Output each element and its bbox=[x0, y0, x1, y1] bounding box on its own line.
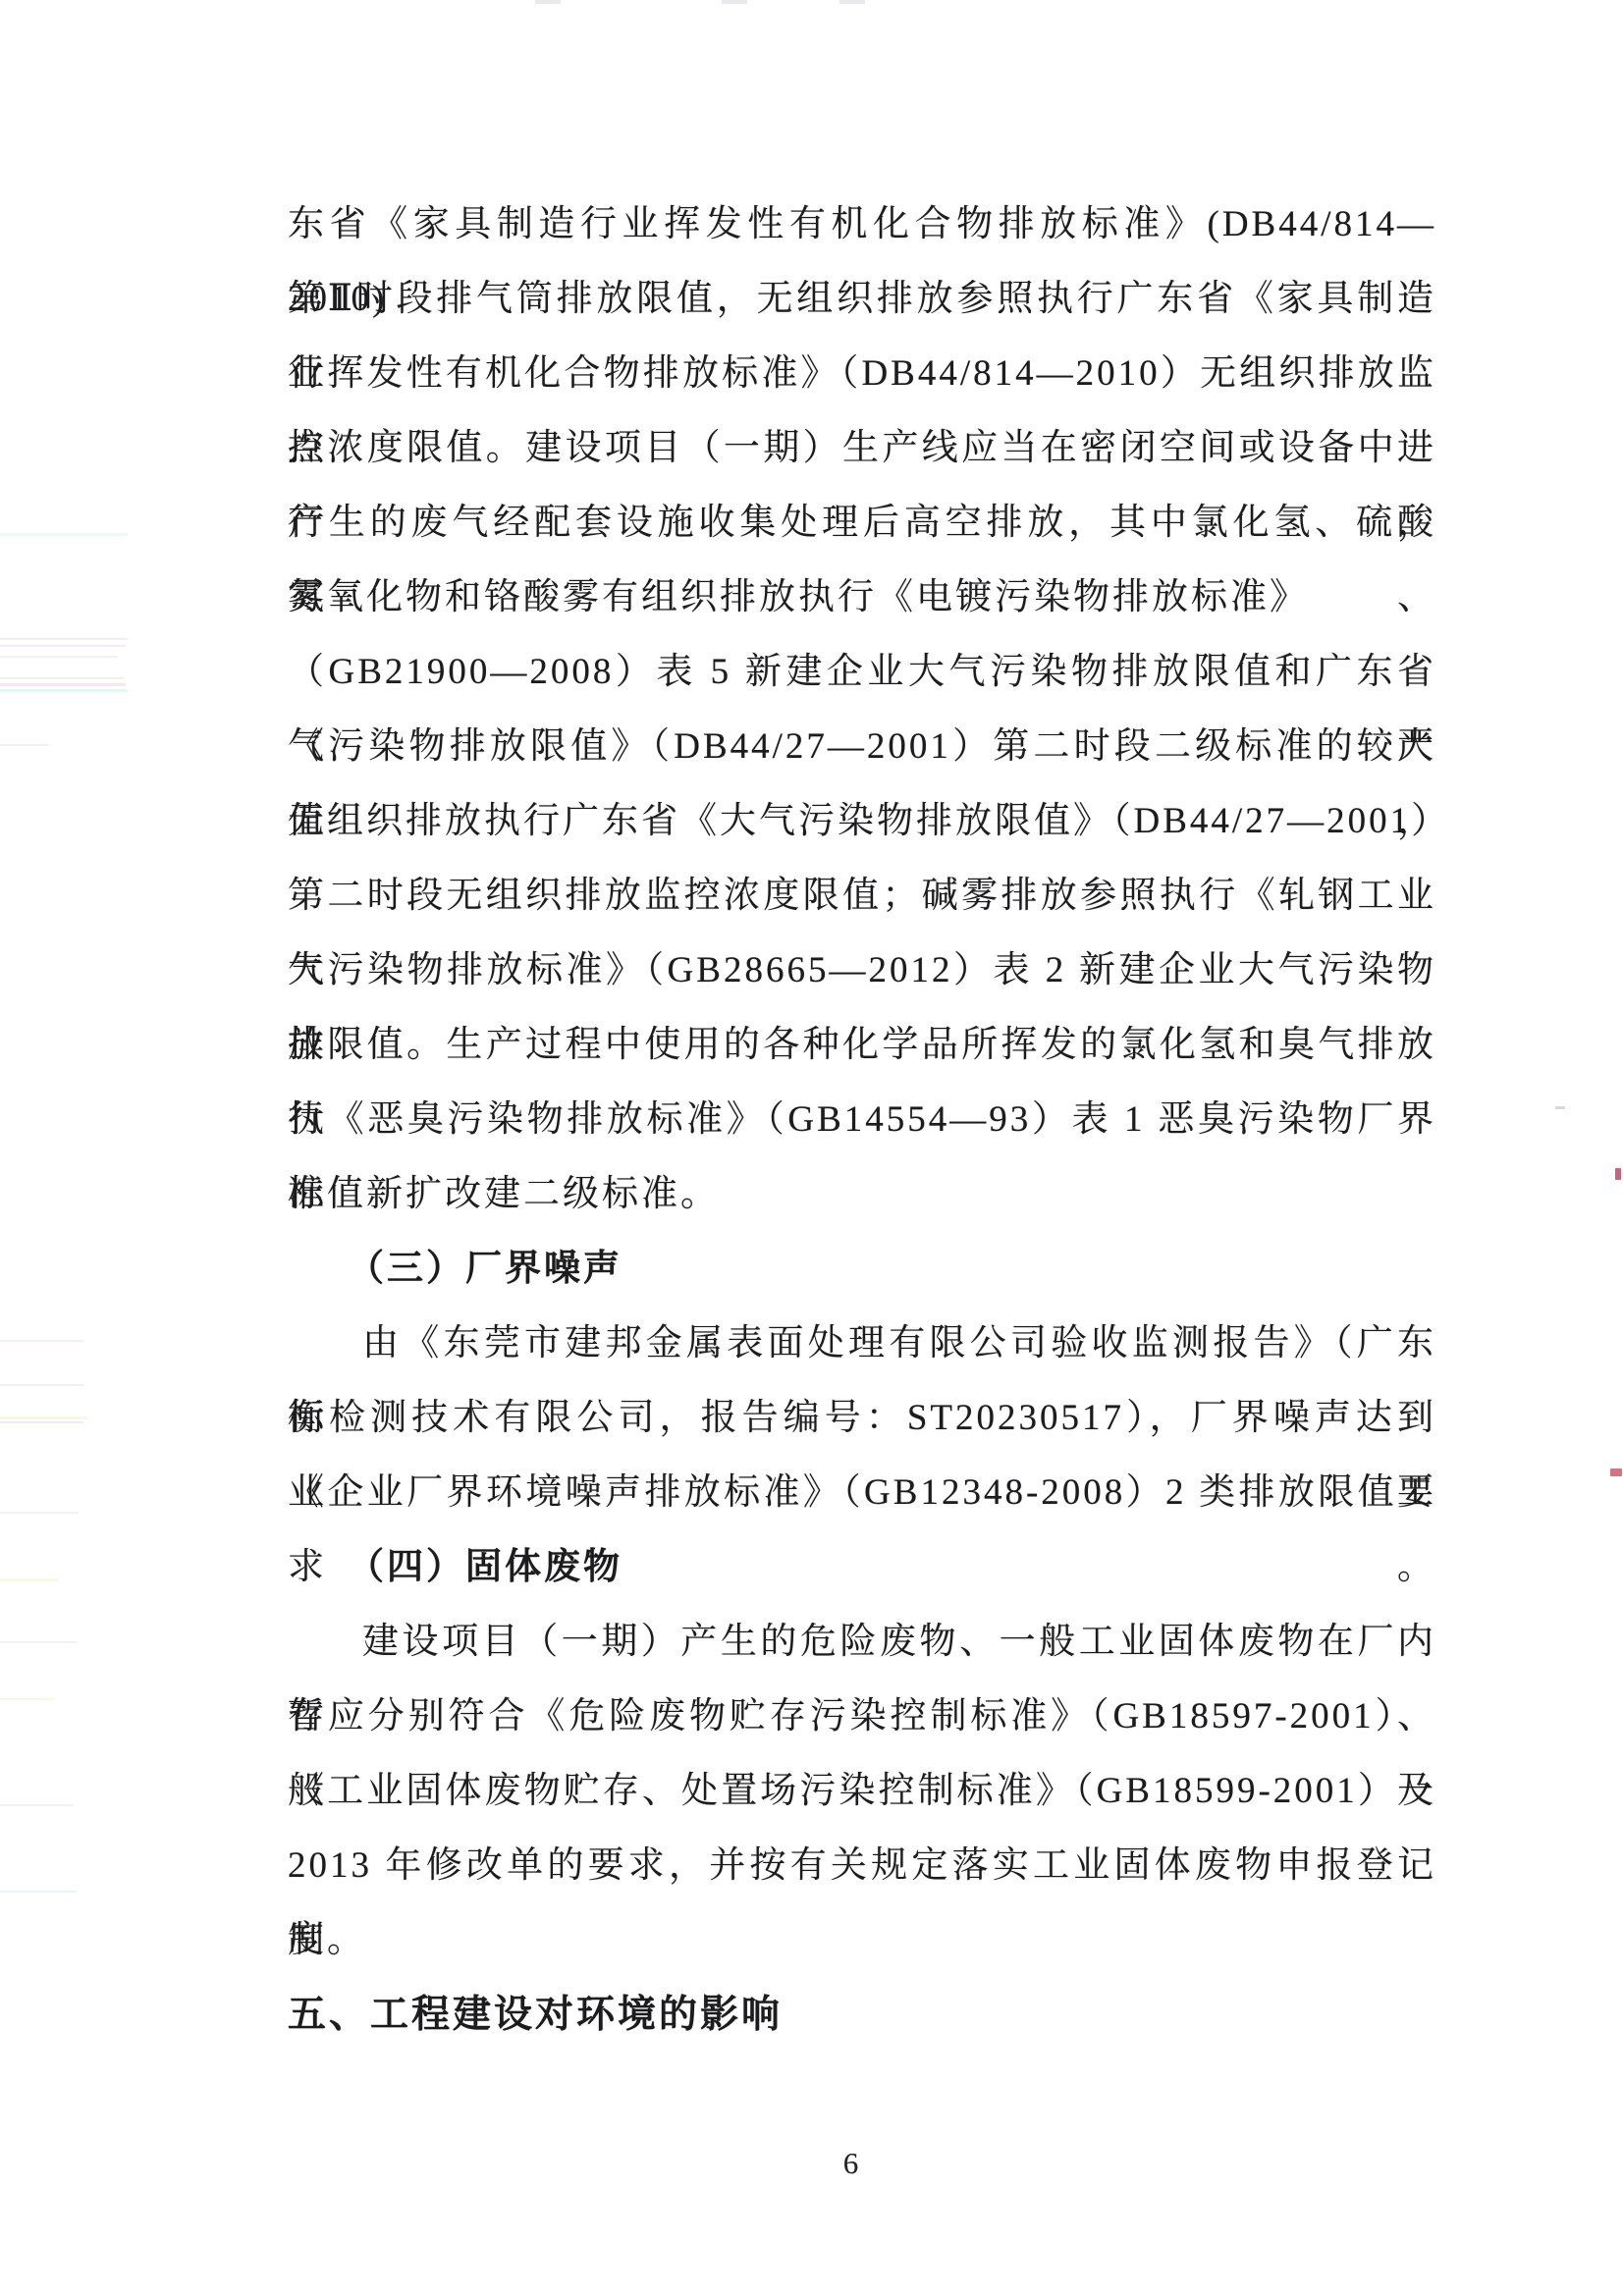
text-line: 业企业厂界环境噪声排放标准》（GB12348-2008）2 类排放限值要求。 bbox=[288, 1456, 1436, 1530]
scan-streak bbox=[0, 1641, 77, 1643]
text-line: 标检测技术有限公司，报告编号：ST20230517），厂界噪声达到《工 bbox=[288, 1381, 1436, 1456]
scan-streak bbox=[0, 689, 128, 692]
text-line: 点浓度限值。建设项目（一期）生产线应当在密闭空间或设备中进行， bbox=[288, 411, 1436, 486]
scan-red-mark bbox=[1615, 1168, 1621, 1180]
scan-streak bbox=[0, 645, 126, 647]
text-line: 存应分别符合《危险废物贮存污染控制标准》（GB18597-2001）、《一 bbox=[288, 1680, 1436, 1754]
text-line: 般工业固体废物贮存、处置场污染控制标准》（GB18599-2001）及 bbox=[288, 1754, 1436, 1829]
scan-red-mark bbox=[1610, 1468, 1622, 1476]
text-line: 度。 bbox=[288, 1903, 1436, 1978]
text-line: 业挥发性有机化合物排放标准》（DB44/814—2010）无组织排放监控 bbox=[288, 337, 1436, 411]
text-line: 建设项目（一期）产生的危险废物、一般工业固体废物在厂内暂 bbox=[288, 1605, 1436, 1680]
text-line: 气污染物排放标准》（GB28665—2012）表 2 新建企业大气污染物排 bbox=[288, 934, 1436, 1008]
scan-streak bbox=[0, 683, 126, 686]
text-line: 放限值。生产过程中使用的各种化学品所挥发的氯化氢和臭气排放执 bbox=[288, 1008, 1436, 1083]
text-line: 2013 年修改单的要求，并按有关规定落实工业固体废物申报登记制 bbox=[288, 1829, 1436, 1903]
document-body: 东省《家具制造行业挥发性有机化合物排放标准》(DB44/814—2010) 第Ⅱ… bbox=[288, 187, 1436, 2053]
scan-smudge bbox=[535, 0, 561, 4]
scan-streak bbox=[0, 677, 124, 679]
text-line: 气污染物排放限值》（DB44/27—2001）第二时段二级标准的较严值， bbox=[288, 710, 1436, 784]
scan-streak bbox=[0, 1421, 83, 1423]
scan-streak bbox=[0, 1416, 88, 1419]
scan-streak bbox=[0, 1578, 59, 1581]
text-line: （GB21900—2008）表 5 新建企业大气污染物排放限值和广东省《大 bbox=[288, 635, 1436, 710]
scan-streak bbox=[0, 1340, 83, 1342]
text-line: 产生的废气经配套设施收集处理后高空排放，其中氯化氢、硫酸雾、 bbox=[288, 486, 1436, 561]
section-heading-factory-boundary-noise: （三）厂界噪声 bbox=[288, 1232, 1436, 1307]
page-number: 6 bbox=[0, 2146, 1623, 2181]
scan-streak bbox=[0, 1698, 54, 1700]
scan-streak bbox=[0, 744, 49, 746]
text-line: 氮氧化物和铬酸雾有组织排放执行《电镀污染物排放标准》 bbox=[288, 561, 1436, 635]
text-line: 准值新扩改建二级标准。 bbox=[288, 1157, 1436, 1232]
text-line: 东省《家具制造行业挥发性有机化合物排放标准》(DB44/814—2010) bbox=[288, 187, 1436, 262]
scanned-document-page: 东省《家具制造行业挥发性有机化合物排放标准》(DB44/814—2010) 第Ⅱ… bbox=[0, 0, 1623, 2296]
scan-streak bbox=[0, 1891, 77, 1893]
scan-gray-dash bbox=[1555, 1106, 1565, 1109]
scan-streak bbox=[0, 533, 128, 536]
scan-streak bbox=[0, 656, 118, 658]
scan-streak bbox=[0, 1384, 83, 1386]
scan-streak bbox=[0, 638, 128, 640]
text-line: 第二时段无组织排放监控浓度限值；碱雾排放参照执行《轧钢工业大 bbox=[288, 859, 1436, 934]
text-line: 由《东莞市建邦金属表面处理有限公司验收监测报告》（广东衡 bbox=[288, 1307, 1436, 1381]
scan-smudge bbox=[722, 0, 747, 4]
scan-streak bbox=[0, 1512, 79, 1514]
text-line: 第Ⅱ时段排气筒排放限值，无组织排放参照执行广东省《家具制造行 bbox=[288, 262, 1436, 337]
scan-streak bbox=[0, 1804, 74, 1806]
text-line: 无组织排放执行广东省《大气污染物排放限值》（DB44/27—2001） bbox=[288, 784, 1436, 859]
chapter-heading-environmental-impact: 五、工程建设对环境的影响 bbox=[288, 1978, 1436, 2053]
text-line: 行《恶臭污染物排放标准》（GB14554—93）表 1 恶臭污染物厂界标 bbox=[288, 1083, 1436, 1157]
scan-smudge bbox=[839, 0, 865, 4]
